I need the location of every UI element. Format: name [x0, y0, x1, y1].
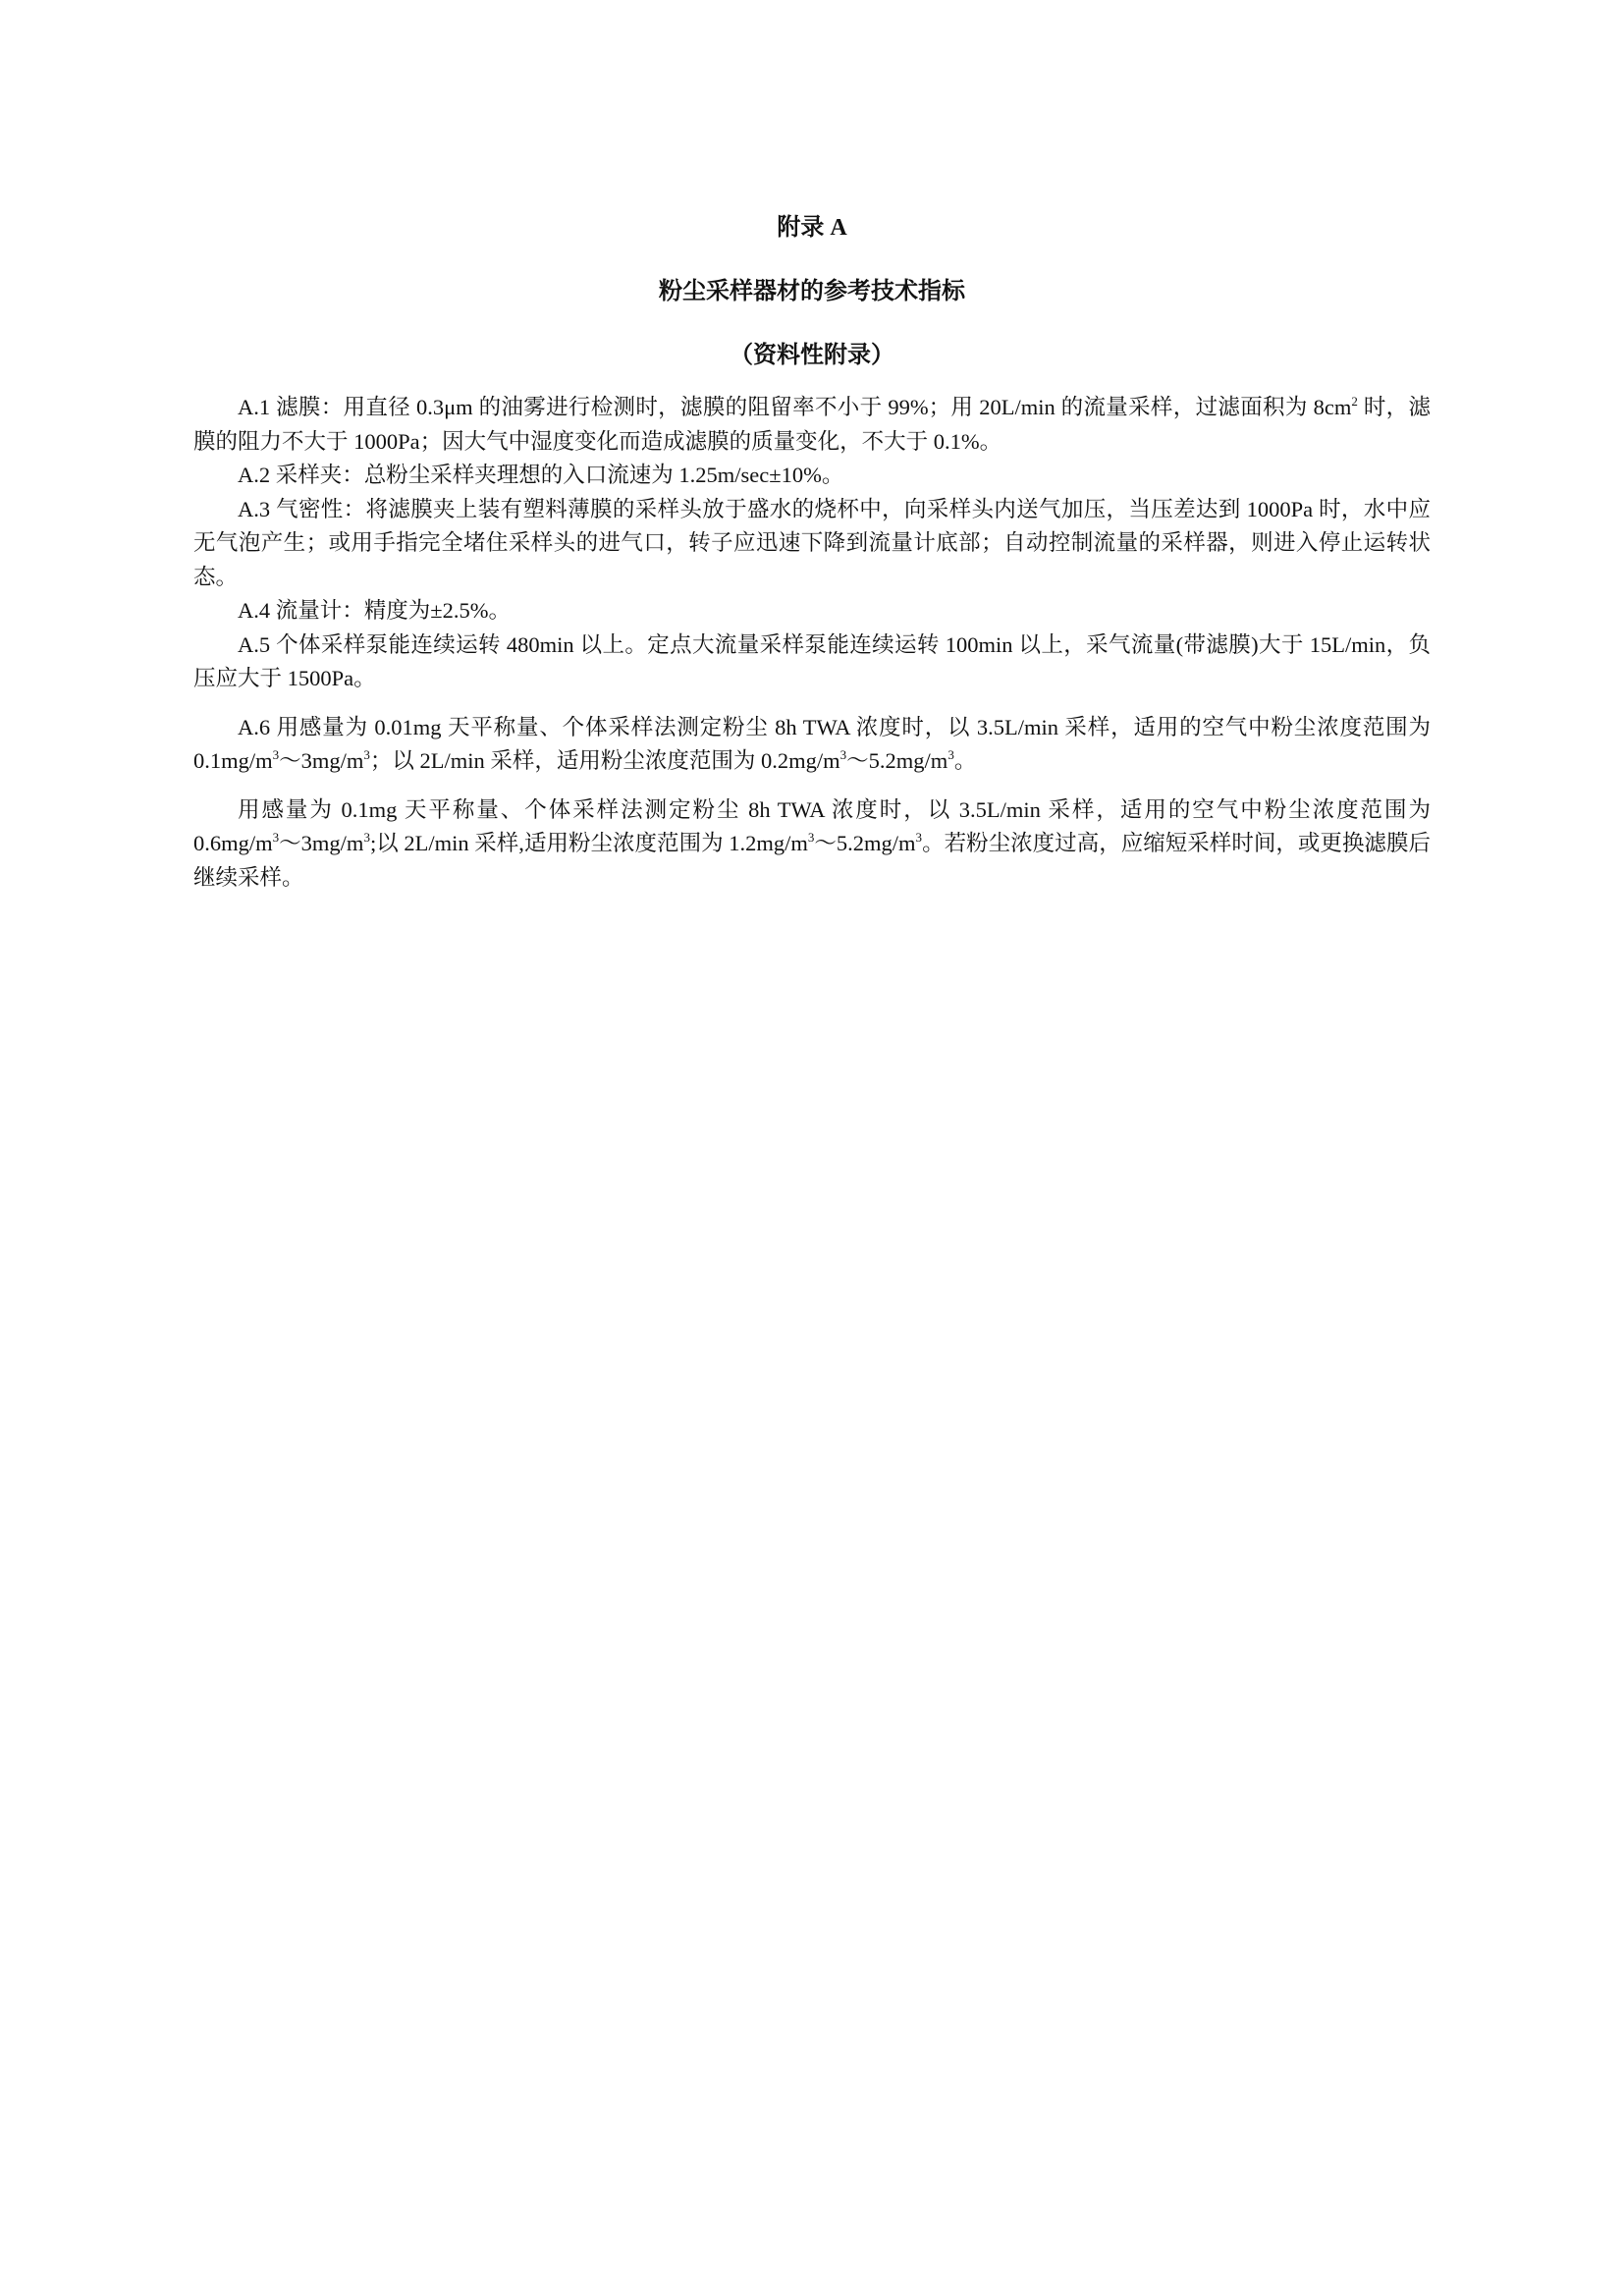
paragraph-text: A.1 滤膜：用直径 0.3μm 的油雾进行检测时，滤膜的阻留率不小于 99%；…: [238, 395, 1351, 419]
appendix-label: 附录 A: [193, 213, 1431, 243]
document-title: 粉尘采样器材的参考技术指标: [193, 277, 1431, 306]
paragraph-text: 。: [954, 748, 977, 773]
paragraph-text: ;以 2L/min 采样,适用粉尘浓度范围为 1.2mg/m: [370, 831, 808, 855]
paragraph-text: ～3mg/m: [279, 748, 363, 773]
paragraph-a-3: A.3 气密性：将滤膜夹上装有塑料薄膜的采样头放于盛水的烧杯中，向采样头内送气加…: [193, 493, 1431, 595]
paragraph-text: ；以 2L/min 采样，适用粉尘浓度范围为 0.2mg/m: [370, 748, 840, 773]
paragraph-a-5: A.5 个体采样泵能连续运转 480min 以上。定点大流量采样泵能连续运转 1…: [193, 629, 1431, 696]
paragraph-text: A.5 个体采样泵能连续运转 480min 以上。定点大流量采样泵能连续运转 1…: [193, 632, 1431, 691]
paragraph-text: A.3 气密性：将滤膜夹上装有塑料薄膜的采样头放于盛水的烧杯中，向采样头内送气加…: [193, 497, 1431, 589]
paragraph-text: A.2 采样夹：总粉尘采样夹理想的入口流速为 1.25m/sec±10%。: [238, 463, 843, 487]
paragraph-text: A.4 流量计：精度为±2.5%。: [238, 598, 511, 623]
document-body: A.1 滤膜：用直径 0.3μm 的油雾进行检测时，滤膜的阻留率不小于 99%；…: [193, 391, 1431, 895]
paragraph-a-1: A.1 滤膜：用直径 0.3μm 的油雾进行检测时，滤膜的阻留率不小于 99%；…: [193, 391, 1431, 459]
paragraph-text: ～3mg/m: [279, 831, 363, 855]
paragraph-a-6-cont: 用感量为 0.1mg 天平称量、个体采样法测定粉尘 8h TWA 浓度时，以 3…: [193, 793, 1431, 896]
paragraph-a-2: A.2 采样夹：总粉尘采样夹理想的入口流速为 1.25m/sec±10%。: [193, 459, 1431, 493]
paragraph-text: ～5.2mg/m: [814, 831, 915, 855]
paragraph-a-4: A.4 流量计：精度为±2.5%。: [193, 594, 1431, 629]
paragraph-text: ～5.2mg/m: [846, 748, 947, 773]
document-subtitle: （资料性附录）: [193, 341, 1431, 370]
paragraph-a-6: A.6 用感量为 0.01mg 天平称量、个体采样法测定粉尘 8h TWA 浓度…: [193, 711, 1431, 779]
